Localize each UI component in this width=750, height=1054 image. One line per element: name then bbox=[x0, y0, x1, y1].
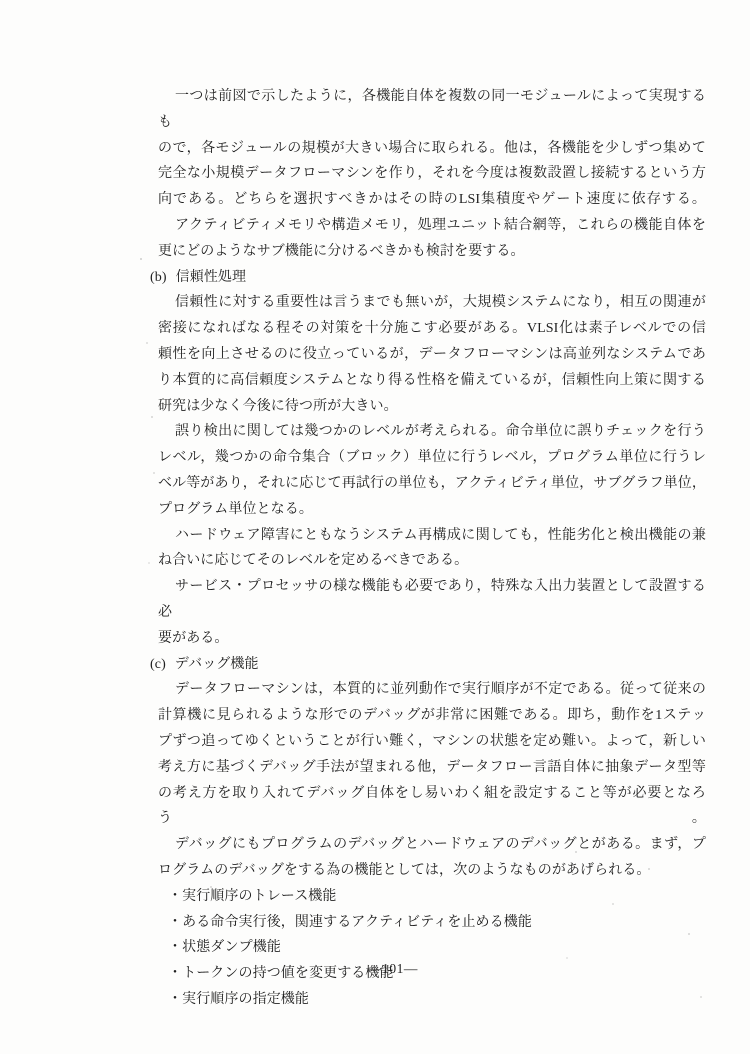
text-line: デバッグにもプログラムのデバッグとハードウェアのデバッグとがある。まず，プ bbox=[158, 832, 706, 858]
text-line: ベル等があり，それに応じて再試行の単位も，アクティビティ単位，サブグラフ単位， bbox=[158, 471, 706, 497]
scanned-document-page: 一つは前図で示したように，各機能自体を複数の同一モジュールによって実現するも の… bbox=[0, 0, 750, 1054]
section-heading-reliability: (b)信頼性処理 bbox=[150, 265, 706, 291]
text-line: 信頼性に対する重要性は言うまでも無いが，大規模システムになり，相互の関連が bbox=[158, 290, 706, 316]
text-line: ので，各モジュールの規模が大きい場合に取られる。他は，各機能を少しずつ集めて bbox=[158, 136, 706, 162]
section-label: (c) bbox=[150, 657, 166, 672]
text-line: 更にどのようなサブ機能に分けるべきかも検討を要する。 bbox=[158, 239, 706, 265]
text-line: ハードウェア障害にともなうシステム再構成に関しても，性能劣化と検出機能の兼 bbox=[158, 523, 706, 549]
text-line: 頼性を向上させるのに役立っているが，データフローマシンは高並列なシステムであ bbox=[158, 342, 706, 368]
page-body-text: 一つは前図で示したように，各機能自体を複数の同一モジュールによって実現するも の… bbox=[158, 84, 706, 1013]
text-line: サービス・プロセッサの様な機能も必要であり，特殊な入出力装置として設置する必 bbox=[158, 574, 706, 626]
text-line: レベル，幾つかの命令集合（ブロック）単位に行うレベル，プログラム単位に行うレ bbox=[158, 445, 706, 471]
text-line: プログラム単位となる。 bbox=[158, 497, 706, 523]
text-line: アクティビティメモリや構造メモリ，処理ユニット結合網等，これらの機能自体を bbox=[158, 213, 706, 239]
text-line: 計算機に見られるような形でのデバッグが非常に困難である。即ち，動作を1ステッ bbox=[158, 703, 706, 729]
list-item: ・状態ダンプ機能 bbox=[158, 935, 706, 961]
text-line: 一つは前図で示したように，各機能自体を複数の同一モジュールによって実現するも bbox=[158, 84, 706, 136]
text-line: り本質的に高信頼度システムとなり得る性格を備えているが，信頼性向上策に関する bbox=[158, 368, 706, 394]
text-line: 要がある。 bbox=[158, 626, 706, 652]
text-line: 研究は少なく今後に待つ所が大きい。 bbox=[158, 394, 706, 420]
text-line: の考え方を取り入れてデバッグ自体をし易いわく組を設定すること等が必要となろう。 bbox=[158, 781, 706, 833]
text-line: データフローマシンは，本質的に並列動作で実行順序が不定である。従って従来の bbox=[158, 677, 706, 703]
page-number: —101— bbox=[18, 961, 750, 977]
section-heading-debug: (c)デバッグ機能 bbox=[150, 652, 706, 678]
list-item: ・実行順序のトレース機能 bbox=[158, 884, 706, 910]
text-line: 向である。どちらを選択すべきかはその時のLSI集積度やゲート速度に依存する。 bbox=[158, 187, 706, 213]
text-line: 考え方に基づくデバッグ手法が望まれる他，データフロー言語自体に抽象データ型等 bbox=[158, 755, 706, 781]
section-label: (b) bbox=[150, 270, 167, 285]
scan-noise bbox=[0, 0, 2, 2]
text-line: ログラムのデバッグをする為の機能としては，次のようなものがあげられる。 bbox=[158, 858, 706, 884]
text-line: 密接になればなる程その対策を十分施こす必要がある。VLSI化は素子レベルでの信 bbox=[158, 316, 706, 342]
text-line: 誤り検出に関しては幾つかのレベルが考えられる。命令単位に誤りチェックを行う bbox=[158, 419, 706, 445]
text-line: 完全な小規模データフローマシンを作り，それを今度は複数設置し接続するという方 bbox=[158, 161, 706, 187]
text-line: プずつ追ってゆくということが行い難く，マシンの状態を定め難い。よって，新しい bbox=[158, 729, 706, 755]
list-item: ・実行順序の指定機能 bbox=[158, 987, 706, 1013]
list-item: ・ある命令実行後，関連するアクティビティを止める機能 bbox=[158, 910, 706, 936]
section-title: デバッグ機能 bbox=[175, 657, 259, 672]
section-title: 信頼性処理 bbox=[176, 270, 247, 285]
text-line: ね合いに応じてそのレベルを定めるべきである。 bbox=[158, 548, 706, 574]
